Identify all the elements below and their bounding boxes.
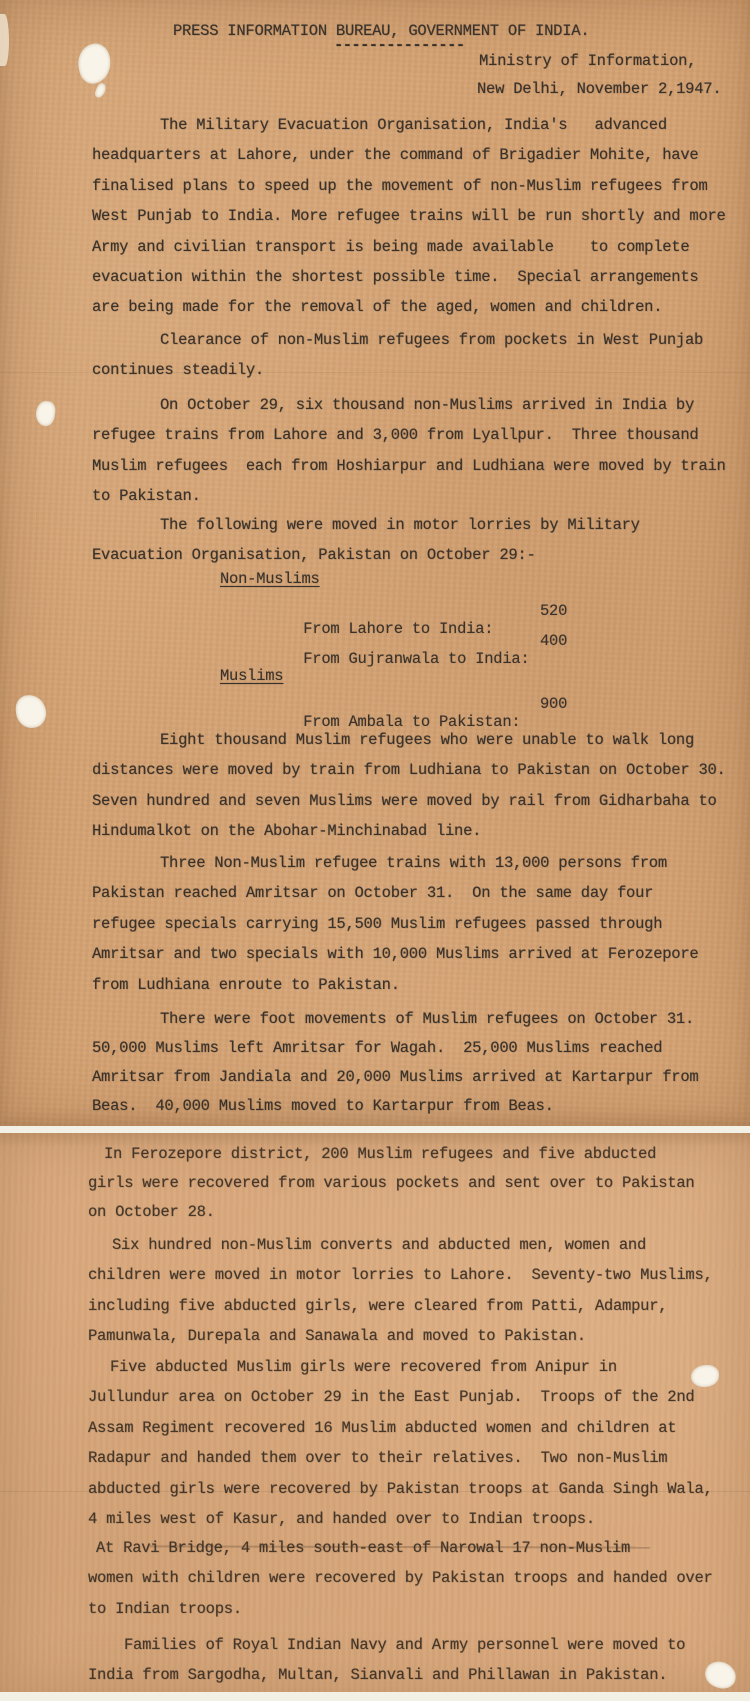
typed-line: abducted girls were recovered by Pakista…: [88, 1474, 743, 1504]
table-row-value: 900: [540, 695, 567, 713]
typed-line: evacuation within the shortest possible …: [92, 262, 747, 292]
ministry-line: Ministry of Information,: [479, 52, 696, 70]
typed-line: Beas. 40,000 Muslims moved to Kartarpur …: [92, 1092, 747, 1121]
table-row-value: 400: [540, 632, 567, 650]
paragraph: The Military Evacuation Organisation, In…: [92, 110, 747, 323]
typed-line: headquarters at Lahore, under the comman…: [92, 140, 747, 170]
typed-line: The following were moved in motor lorrie…: [92, 510, 747, 540]
typed-line: continues steadily.: [92, 355, 747, 385]
paragraph: Five abducted Muslim girls were recovere…: [88, 1352, 743, 1534]
typed-line: Three Non-Muslim refugee trains with 13,…: [92, 848, 747, 878]
typed-line: There were foot movements of Muslim refu…: [92, 1005, 747, 1034]
title-underline-dashes: ---------------: [334, 36, 465, 54]
paragraph: In Ferozepore district, 200 Muslim refug…: [88, 1140, 743, 1227]
typed-line: Five abducted Muslim girls were recovere…: [88, 1352, 743, 1382]
paragraph: The following were moved in motor lorrie…: [92, 510, 747, 571]
typed-line: finalised plans to speed up the movement…: [92, 171, 747, 201]
typed-line: Families of Royal Indian Navy and Army p…: [88, 1630, 743, 1660]
typed-line: West Punjab to India. More refugee train…: [92, 201, 747, 231]
table-section-heading: Non-Muslims: [220, 570, 320, 588]
typed-line: from Ludhiana enroute to Pakistan.: [92, 970, 747, 1000]
typed-line: including five abducted girls, were clea…: [88, 1291, 743, 1321]
typed-line: women with children were recovered by Pa…: [88, 1563, 743, 1593]
typed-line: Seven hundred and seven Muslims were mov…: [92, 786, 747, 816]
paragraph: Families of Royal Indian Navy and Army p…: [88, 1630, 743, 1691]
typed-line: Hindumalkot on the Abohar-Minchinabad li…: [92, 816, 747, 846]
typed-line: girls were recovered from various pocket…: [88, 1169, 743, 1198]
typed-line: to Indian troops.: [88, 1594, 743, 1624]
typed-line: Jullundur area on October 29 in the East…: [88, 1382, 743, 1412]
typed-line: Clearance of non-Muslim refugees from po…: [92, 325, 747, 355]
paragraph: Three Non-Muslim refugee trains with 13,…: [92, 848, 747, 1000]
typed-line: are being made for the removal of the ag…: [92, 292, 747, 322]
typed-line: Eight thousand Muslim refugees who were …: [92, 725, 747, 755]
typed-line: refugee specials carrying 15,500 Muslim …: [92, 909, 747, 939]
document-content: PRESS INFORMATION BUREAU, GOVERNMENT OF …: [0, 0, 750, 1701]
typed-line: In Ferozepore district, 200 Muslim refug…: [88, 1140, 743, 1169]
paragraph: Clearance of non-Muslim refugees from po…: [92, 325, 747, 386]
typed-line: Evacuation Organisation, Pakistan on Oct…: [92, 540, 747, 570]
table-row: From Gujranwala to India: 400: [267, 632, 747, 704]
paragraph: On October 29, six thousand non-Muslims …: [92, 390, 747, 512]
table-row-value: 520: [540, 602, 567, 620]
paper-edge: [0, 14, 9, 66]
typed-line: India from Sargodha, Multan, Sianvali an…: [88, 1660, 743, 1690]
paragraph: Six hundred non-Muslim converts and abdu…: [88, 1230, 743, 1352]
typed-line: Assam Regiment recovered 16 Muslim abduc…: [88, 1413, 743, 1443]
table-row-label: From Gujranwala to India:: [303, 650, 529, 668]
paragraph: Eight thousand Muslim refugees who were …: [92, 725, 747, 847]
typed-line: The Military Evacuation Organisation, In…: [92, 110, 747, 140]
typed-line: Army and civilian transport is being mad…: [92, 232, 747, 262]
typed-line: to Pakistan.: [92, 481, 747, 511]
typed-line: children were moved in motor lorries to …: [88, 1260, 743, 1290]
typed-line: Pamunwala, Durepala and Sanawala and mov…: [88, 1321, 743, 1351]
typed-line: distances were moved by train from Ludhi…: [92, 755, 747, 785]
paper-hole: [691, 1365, 719, 1387]
typed-line: Amritsar and two specials with 10,000 Mu…: [92, 939, 747, 969]
typed-line: On October 29, six thousand non-Muslims …: [92, 390, 747, 420]
typed-line: Six hundred non-Muslim converts and abdu…: [88, 1230, 743, 1260]
paper-crease: [0, 1491, 750, 1492]
typed-line: Radapur and handed them over to their re…: [88, 1443, 743, 1473]
typed-line: refugee trains from Lahore and 3,000 fro…: [92, 420, 747, 450]
paper-crease: [0, 372, 750, 373]
dateline: New Delhi, November 2,1947.: [477, 80, 721, 98]
typed-line: 50,000 Muslims left Amritsar for Wagah. …: [92, 1034, 747, 1063]
typed-line: Pakistan reached Amritsar on October 31.…: [92, 878, 747, 908]
typed-line: Muslim refugees each from Hoshiarpur and…: [92, 451, 747, 481]
paragraph: There were foot movements of Muslim refu…: [92, 1005, 747, 1121]
typed-line: on October 28.: [88, 1198, 743, 1227]
table-section-heading: Muslims: [220, 667, 283, 685]
typed-line: 4 miles west of Kasur, and handed over t…: [88, 1504, 743, 1534]
typed-line: Amritsar from Jandiala and 20,000 Muslim…: [92, 1063, 747, 1092]
